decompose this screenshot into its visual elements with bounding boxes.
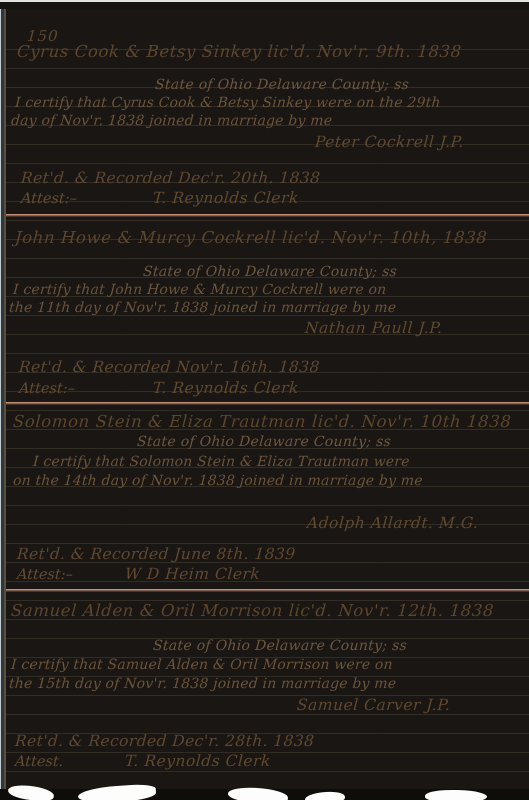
certify-line-2: the 11th day of Nov'r. 1838 joined in ma… xyxy=(8,300,396,316)
recorded-line: Ret'd. & Recorded Dec'r. 20th. 1838 xyxy=(20,169,321,187)
entry-separator xyxy=(5,589,529,592)
certify-line-1: I certify that Cyrus Cook & Betsy Sinkey… xyxy=(14,95,441,111)
ledger-scan: 150 Cyrus Cook & Betsy Sinkey lic'd. Nov… xyxy=(0,0,529,800)
entry-separator xyxy=(5,402,529,405)
attest-label: Attest:– xyxy=(16,567,73,583)
attest-label: Attest. xyxy=(14,754,63,770)
certify-line-1: I certify that John Howe & Murcy Cockrel… xyxy=(12,282,386,298)
ledger-page: 150 Cyrus Cook & Betsy Sinkey lic'd. Nov… xyxy=(5,9,529,790)
state-county-line: State of Ohio Delaware County; ss xyxy=(142,264,397,280)
officiant-signature: Samuel Carver J.P. xyxy=(296,696,451,714)
recorded-line: Ret'd. & Recorded June 8th. 1839 xyxy=(16,545,296,563)
page-edge-left xyxy=(0,9,6,790)
officiant-signature: Nathan Paull J.P. xyxy=(304,319,443,337)
entry-separator xyxy=(5,214,529,217)
state-county-line: State of Ohio Delaware County; ss xyxy=(136,434,391,450)
state-county-line: State of Ohio Delaware County; ss xyxy=(154,77,409,93)
entry-heading: Solomon Stein & Eliza Trautman lic'd. No… xyxy=(12,412,512,431)
binding-edge-top xyxy=(0,0,529,9)
state-county-line: State of Ohio Delaware County; ss xyxy=(152,638,407,654)
clerk-signature: T. Reynolds Clerk xyxy=(124,752,271,770)
clerk-signature: W D Heim Clerk xyxy=(124,565,261,583)
certify-line-2: on the 14th day of Nov'r. 1838 joined in… xyxy=(12,473,423,489)
certify-line-1: I certify that Solomon Stein & Eliza Tra… xyxy=(32,454,410,470)
clerk-signature: T. Reynolds Clerk xyxy=(152,379,299,397)
officiant-signature: Peter Cockrell J.P. xyxy=(314,133,464,151)
attest-label: Attest:– xyxy=(18,381,75,397)
certify-line-2: day of Nov'r. 1838 joined in marriage by… xyxy=(10,113,332,129)
entry-heading: Cyrus Cook & Betsy Sinkey lic'd. Nov'r. … xyxy=(16,42,462,61)
attest-label: Attest:– xyxy=(20,191,77,207)
entry-heading: John Howe & Murcy Cockrell lic'd. Nov'r.… xyxy=(14,228,488,247)
certify-line-2: the 15th day of Nov'r. 1838 joined in ma… xyxy=(8,676,396,692)
certify-line-1: I certify that Samuel Alden & Oril Morri… xyxy=(10,657,393,673)
officiant-signature: Adolph Allardt. M.G. xyxy=(306,514,479,532)
clerk-signature: T. Reynolds Clerk xyxy=(152,189,299,207)
recorded-line: Ret'd. & Recorded Dec'r. 28th. 1838 xyxy=(14,732,315,750)
entry-heading: Samuel Alden & Oril Morrison lic'd. Nov'… xyxy=(10,601,494,620)
recorded-line: Ret'd. & Recorded Nov'r. 16th. 1838 xyxy=(18,358,320,376)
